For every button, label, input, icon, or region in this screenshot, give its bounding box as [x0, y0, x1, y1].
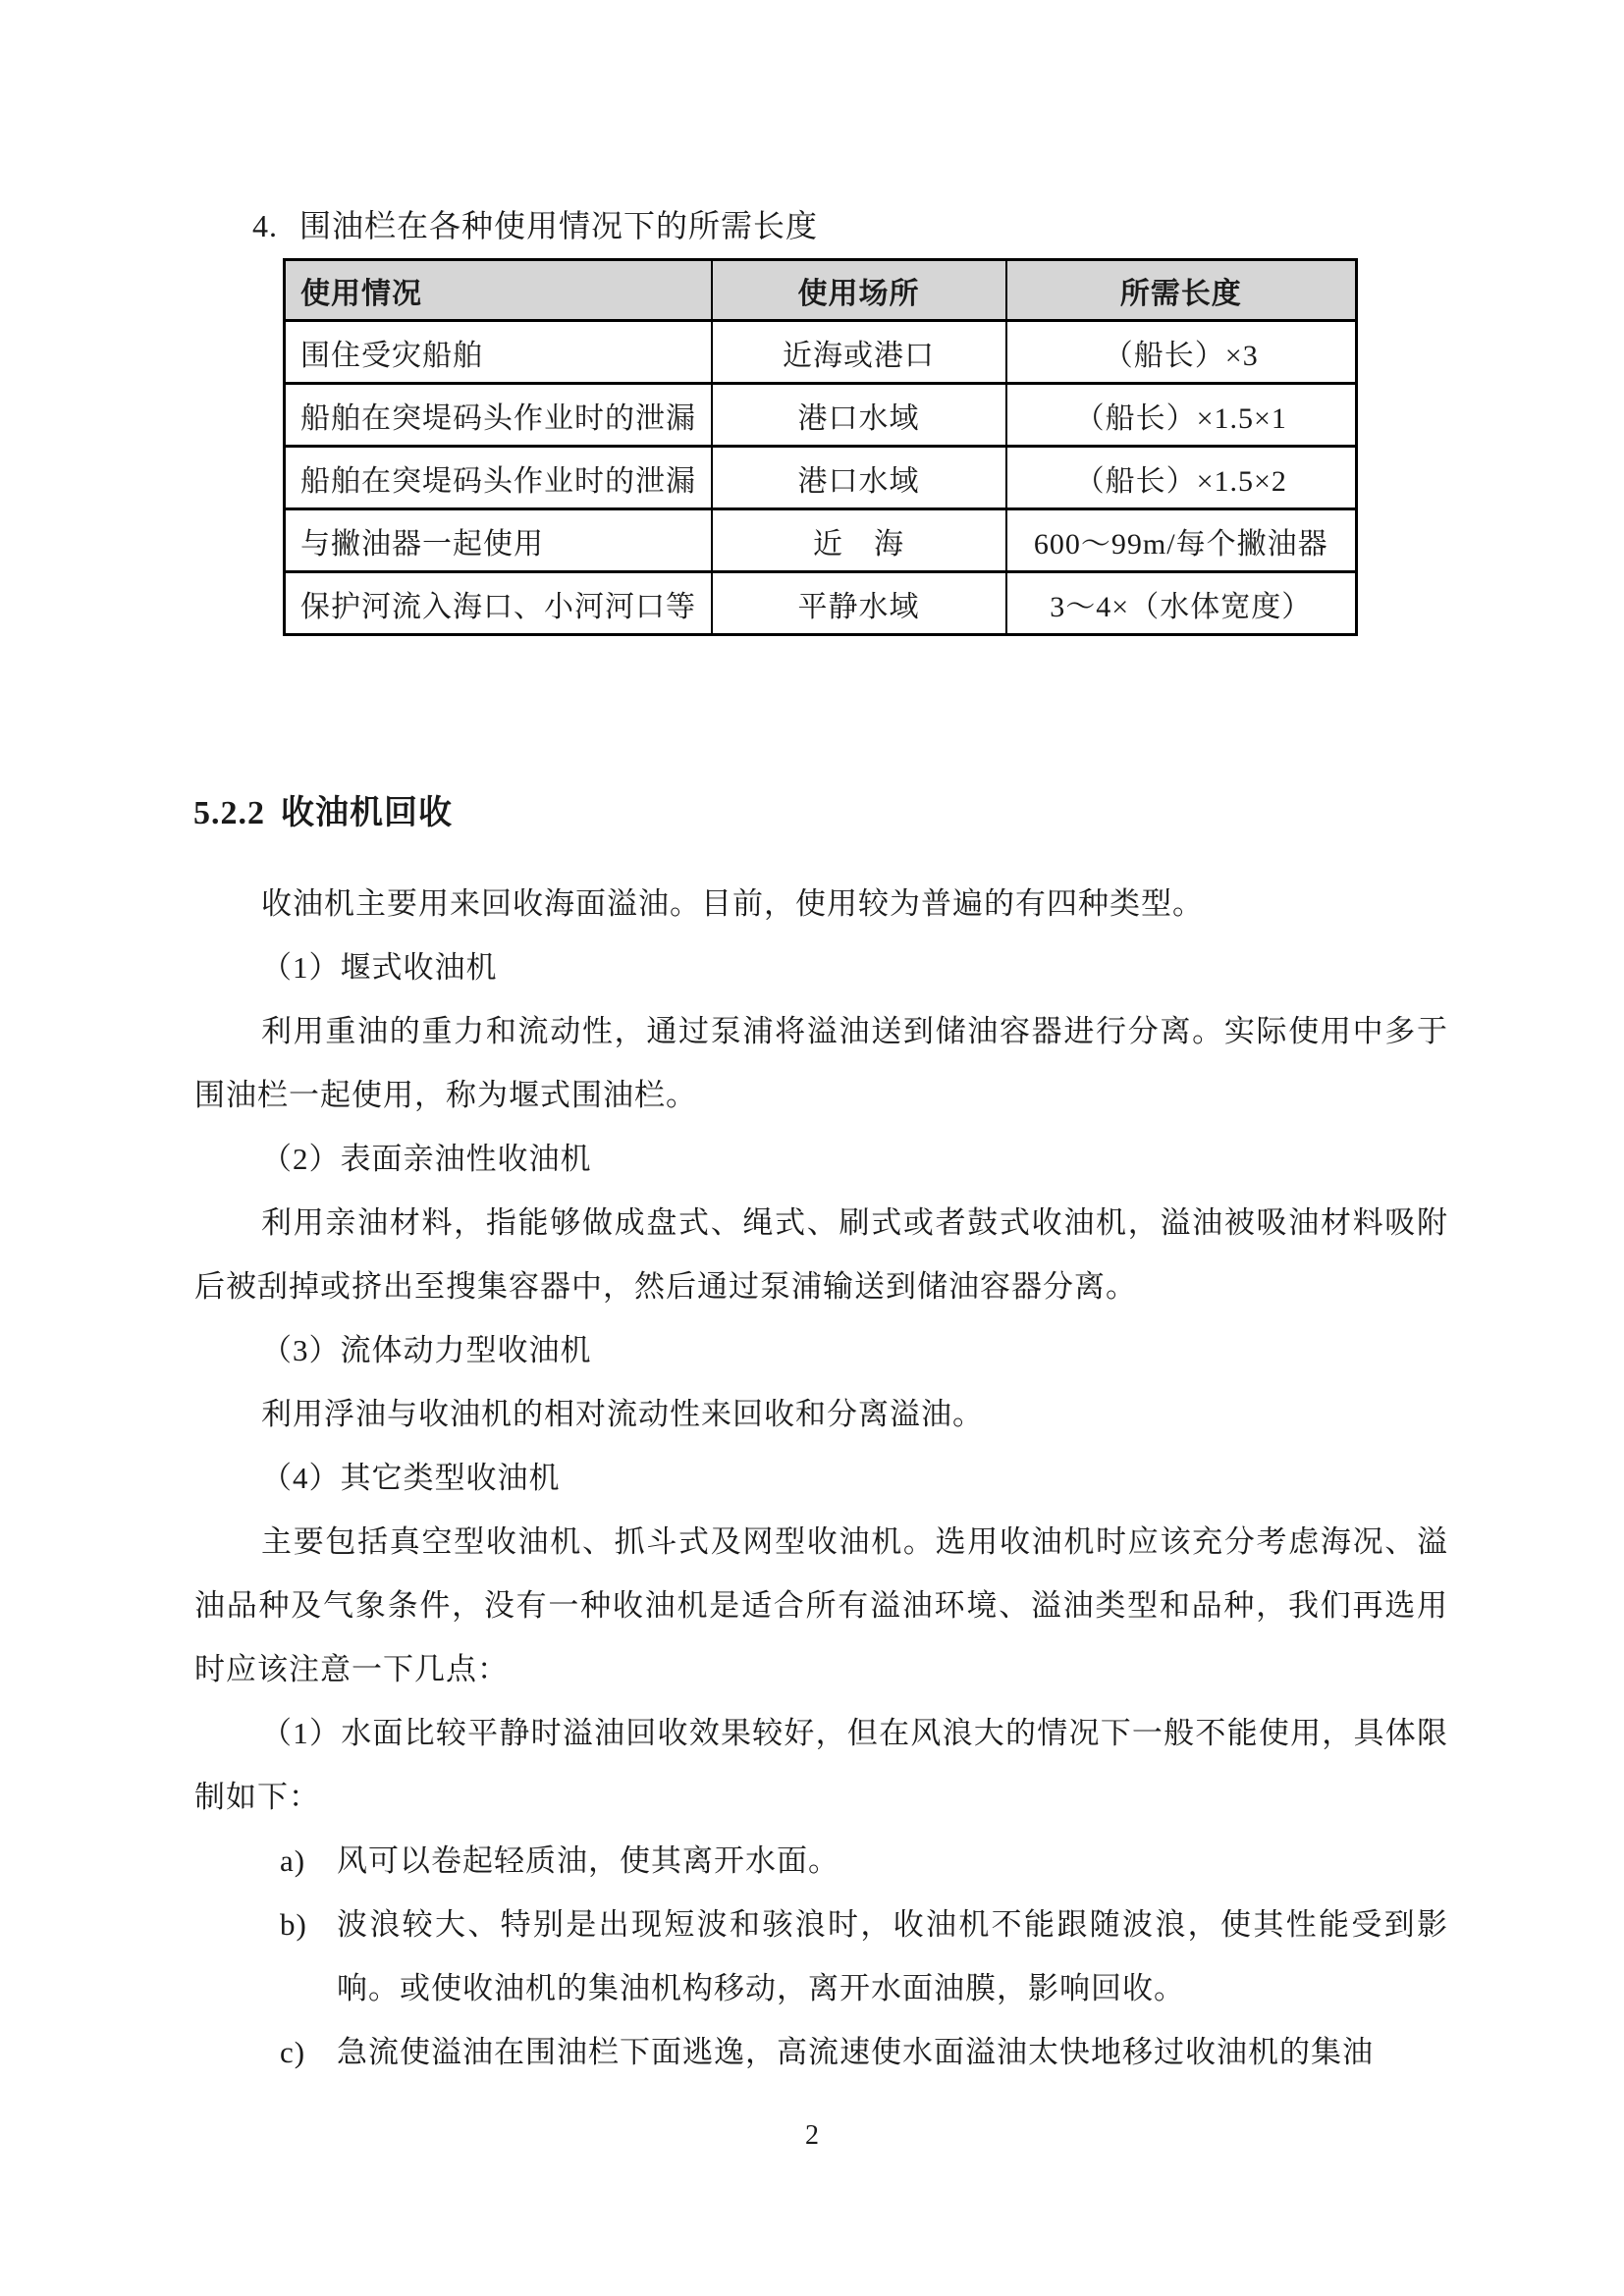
table-cell-situation: 围住受灾船舶	[285, 321, 712, 384]
table-cell-length: （船长）×1.5×2	[1006, 447, 1357, 509]
list-item-a: a) 风可以卷起轻质油，使其离开水面。	[194, 1829, 1448, 1893]
table-cell-place: 港口水域	[712, 447, 1006, 509]
subhead-other-skimmer: （4）其它类型收油机	[194, 1446, 1448, 1510]
body-text: 收油机主要用来回收海面溢油。目前，使用较为普遍的有四种类型。 （1）堰式收油机 …	[194, 872, 1448, 2084]
paragraph-hydrodynamic-skimmer: 利用浮油与收油机的相对流动性来回收和分离溢油。	[194, 1382, 1448, 1446]
list-item-c: c) 急流使溢油在围油栏下面逃逸，高流速使水面溢油太快地移过收油机的集油	[194, 2020, 1448, 2084]
table-cell-situation: 保护河流入海口、小河河口等	[285, 572, 712, 635]
document-page: 4.围油栏在各种使用情况下的所需长度 使用情况 使用场所 所需长度 围住受灾船舶…	[0, 0, 1624, 2296]
boom-length-table: 使用情况 使用场所 所需长度 围住受灾船舶 近海或港口 （船长）×3 船舶在突堤…	[283, 258, 1358, 636]
table-cell-situation: 与撇油器一起使用	[285, 509, 712, 572]
table-row: 围住受灾船舶 近海或港口 （船长）×3	[285, 321, 1357, 384]
section-title: 收油机回收	[281, 795, 453, 831]
caption-number: 4.	[252, 208, 278, 244]
page-number: 2	[0, 2120, 1624, 2152]
section-heading: 5.2.2收油机回收	[193, 785, 453, 833]
col-header-usage-situation: 使用情况	[285, 260, 712, 321]
table-caption-line: 4.围油栏在各种使用情况下的所需长度	[252, 201, 818, 246]
paragraph-calm-water-limits: （1）水面比较平静时溢油回收效果较好，但在风浪大的情况下一般不能使用，具体限制如…	[194, 1701, 1448, 1829]
table-header-row: 使用情况 使用场所 所需长度	[285, 260, 1357, 321]
table-cell-place: 近海或港口	[712, 321, 1006, 384]
subhead-weir-skimmer: （1）堰式收油机	[194, 935, 1448, 999]
table-cell-place: 近 海	[712, 509, 1006, 572]
table-cell-place: 平静水域	[712, 572, 1006, 635]
section-number: 5.2.2	[193, 795, 265, 832]
table-row: 船舶在突堤码头作业时的泄漏 港口水域 （船长）×1.5×2	[285, 447, 1357, 509]
table-cell-length: （船长）×1.5×1	[1006, 384, 1357, 447]
table-row: 保护河流入海口、小河河口等 平静水域 3～4×（水体宽度）	[285, 572, 1357, 635]
paragraph-weir-skimmer: 利用重油的重力和流动性，通过泵浦将溢油送到储油容器进行分离。实际使用中多于围油栏…	[194, 999, 1448, 1127]
table-row: 船舶在突堤码头作业时的泄漏 港口水域 （船长）×1.5×1	[285, 384, 1357, 447]
list-item-b: b) 波浪较大、特别是出现短波和骇浪时，收油机不能跟随波浪，使其性能受到影响。或…	[194, 1893, 1448, 2020]
paragraph-other-skimmer: 主要包括真空型收油机、抓斗式及网型收油机。选用收油机时应该充分考虑海况、溢油品种…	[194, 1510, 1448, 1701]
table-cell-length: 3～4×（水体宽度）	[1006, 572, 1357, 635]
list-text-b: 波浪较大、特别是出现短波和骇浪时，收油机不能跟随波浪，使其性能受到影响。或使收油…	[337, 1893, 1448, 2020]
list-text-a: 风可以卷起轻质油，使其离开水面。	[337, 1829, 1448, 1893]
list-marker-a: a)	[280, 1829, 337, 1893]
paragraph-oleophilic-skimmer: 利用亲油材料，指能够做成盘式、绳式、刷式或者鼓式收油机，溢油被吸油材料吸附后被刮…	[194, 1191, 1448, 1318]
col-header-usage-place: 使用场所	[712, 260, 1006, 321]
subhead-hydrodynamic-skimmer: （3）流体动力型收油机	[194, 1318, 1448, 1382]
col-header-required-length: 所需长度	[1006, 260, 1357, 321]
table-cell-situation: 船舶在突堤码头作业时的泄漏	[285, 447, 712, 509]
table-row: 与撇油器一起使用 近 海 600～99m/每个撇油器	[285, 509, 1357, 572]
caption-title: 围油栏在各种使用情况下的所需长度	[299, 208, 818, 243]
table-cell-place: 港口水域	[712, 384, 1006, 447]
table-cell-length: 600～99m/每个撇油器	[1006, 509, 1357, 572]
table-cell-length: （船长）×3	[1006, 321, 1357, 384]
list-marker-c: c)	[280, 2020, 337, 2084]
table-cell-situation: 船舶在突堤码头作业时的泄漏	[285, 384, 712, 447]
subhead-oleophilic-skimmer: （2）表面亲油性收油机	[194, 1127, 1448, 1191]
list-text-c: 急流使溢油在围油栏下面逃逸，高流速使水面溢油太快地移过收油机的集油	[337, 2020, 1448, 2084]
paragraph-intro: 收油机主要用来回收海面溢油。目前，使用较为普遍的有四种类型。	[194, 872, 1448, 935]
list-marker-b: b)	[280, 1893, 337, 2020]
